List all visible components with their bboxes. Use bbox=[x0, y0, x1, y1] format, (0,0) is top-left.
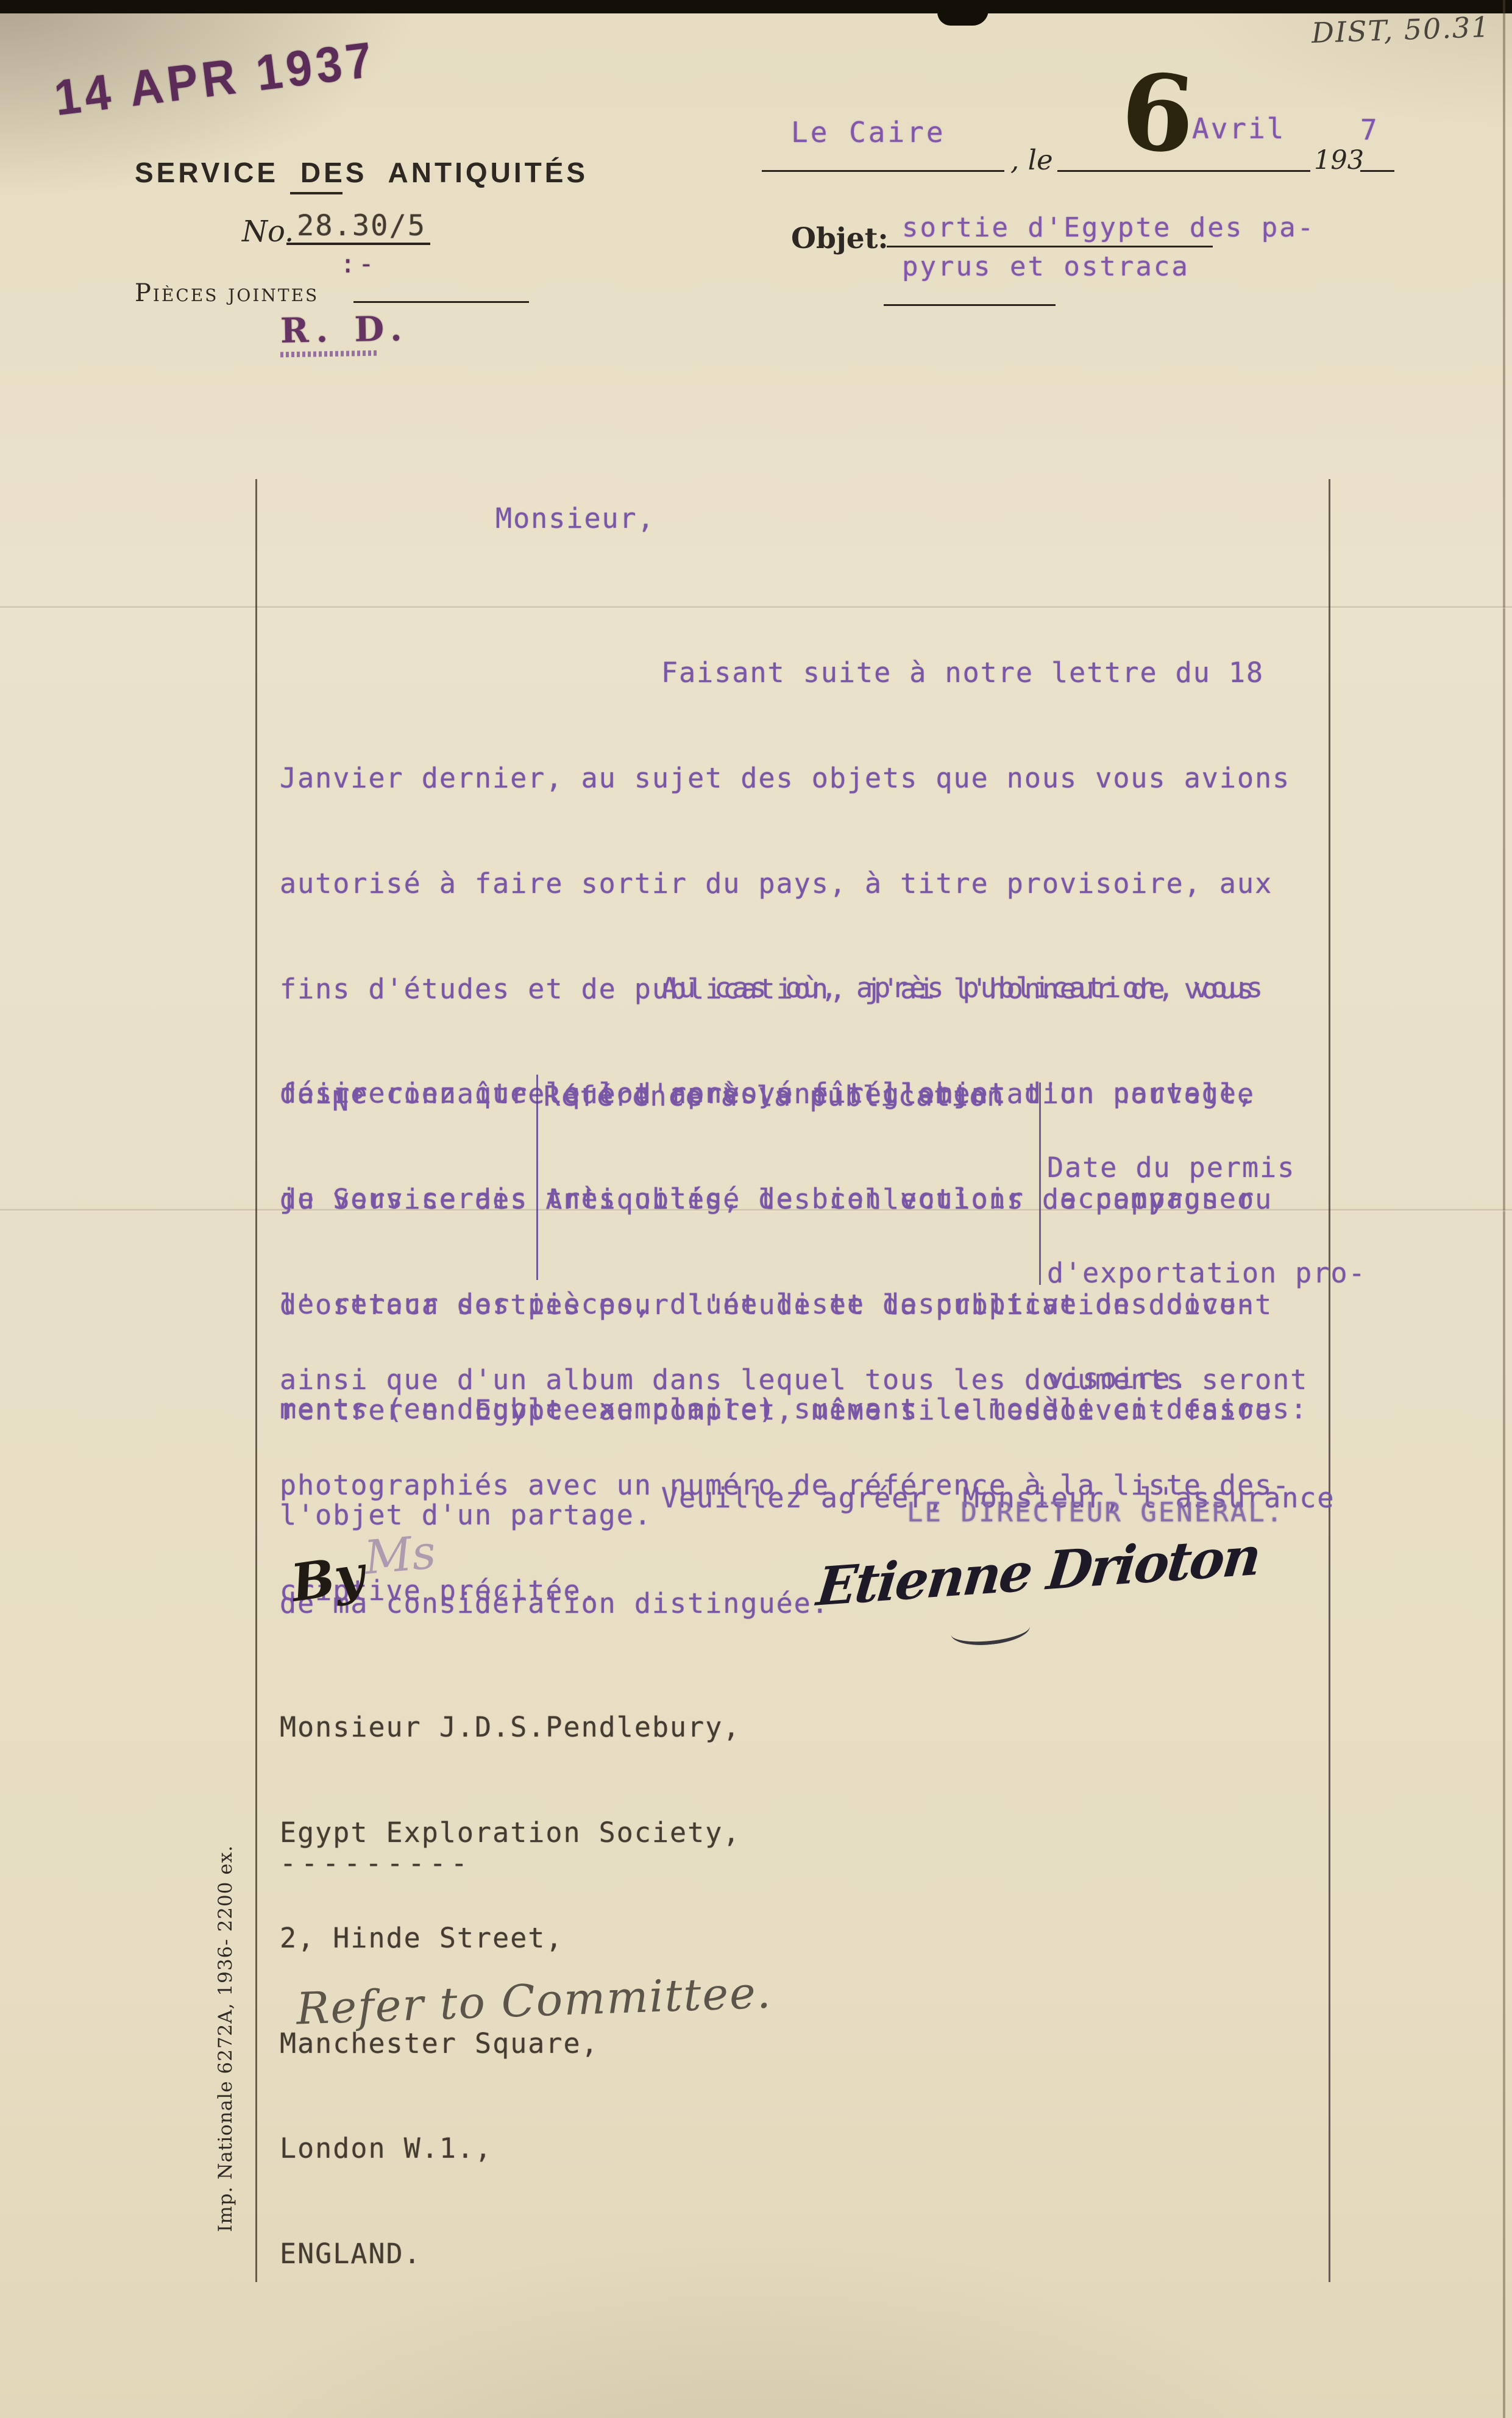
recipient-dashes: --------- bbox=[280, 1846, 472, 1881]
dateline-day-handwritten: 6 bbox=[1118, 59, 1198, 168]
dateline-city: Le Caire bbox=[791, 116, 946, 149]
dateline-rule-a bbox=[762, 170, 1004, 172]
printer-imprint: Imp. Nationale 6272A, 1936- 2200 ex. bbox=[215, 1891, 239, 2232]
pencil-initial-mark: Ms bbox=[362, 1524, 438, 1585]
left-margin-rule bbox=[255, 479, 257, 2282]
objet-label: Objet: bbox=[791, 222, 889, 255]
recipient-line: Monsieur J.D.S.Pendlebury, bbox=[280, 1710, 740, 1745]
recipient-line: London W.1., bbox=[280, 2131, 740, 2166]
recipient-line: ENGLAND. bbox=[280, 2236, 740, 2272]
salutation: Monsieur, bbox=[495, 502, 655, 535]
received-date-stamp: 14 APR 1937 bbox=[51, 31, 379, 127]
dateline-year-digit: 7 bbox=[1360, 113, 1379, 146]
table-vertical-line-2 bbox=[1039, 1083, 1041, 1285]
archive-reference-annotation: DIST, 50.31 bbox=[1311, 10, 1491, 49]
paragraph-line: Faisant suite à notre lettre du 18 bbox=[280, 655, 1290, 691]
table-column-date-line: d'exportation pro- bbox=[1047, 1256, 1366, 1291]
table-column-no: N° bbox=[332, 1085, 367, 1117]
paragraph-line: ainsi que d'un album dans lequel tous le… bbox=[280, 1362, 1308, 1398]
letterhead-dash-rule bbox=[290, 192, 343, 194]
no-value: 28.30/5 bbox=[297, 208, 426, 244]
paragraph-line: autorisé à faire sortir du pays, à titre… bbox=[280, 866, 1290, 901]
scan-top-notch bbox=[937, 0, 988, 26]
dateline-month: Avril bbox=[1192, 112, 1285, 145]
paragraph-line: Janvier dernier, au sujet des objets que… bbox=[280, 761, 1290, 796]
table-column-reference: Référence à la publication bbox=[544, 1080, 1004, 1112]
table-vertical-line-1 bbox=[536, 1075, 538, 1280]
recipient-line: 2, Hinde Street, bbox=[280, 1921, 740, 1956]
director-title: LE DIRECTEUR GENERAL. bbox=[907, 1497, 1284, 1528]
no-underline bbox=[286, 243, 430, 245]
table-column-date-line: Date du permis bbox=[1047, 1150, 1366, 1186]
rd-stamp: R. D. bbox=[280, 308, 410, 351]
paragraph-line: Au cas où, après publication, vous bbox=[280, 970, 1308, 1006]
service-name-heading: SERVICE DES ANTIQUITÉS bbox=[135, 156, 588, 189]
recipient-line: Egypt Exploration Society, bbox=[280, 1815, 740, 1851]
rd-stamp-underline bbox=[280, 350, 379, 358]
objet-line1: sortie d'Egypte des pa- bbox=[902, 212, 1315, 243]
scanned-letter-page: DIST, 50.31 14 APR 1937 SERVICE DES ANTI… bbox=[0, 0, 1512, 2418]
dateline-year-printed: 193 bbox=[1314, 145, 1364, 176]
objet-underline-2 bbox=[884, 304, 1056, 306]
pieces-jointes-line bbox=[353, 301, 529, 303]
dateline-le-label: , le bbox=[1010, 144, 1053, 176]
dateline-rule-b bbox=[1057, 170, 1310, 172]
dateline-rule-c bbox=[1360, 170, 1394, 172]
ink-initial-mark: By bbox=[288, 1543, 368, 1613]
separator-mark: :- bbox=[340, 249, 377, 279]
scan-top-edge bbox=[0, 0, 1512, 13]
objet-underline-1 bbox=[887, 246, 1213, 247]
pieces-jointes-label: Pièces jointes bbox=[135, 279, 319, 307]
objet-line2: pyrus et ostraca bbox=[902, 251, 1190, 282]
